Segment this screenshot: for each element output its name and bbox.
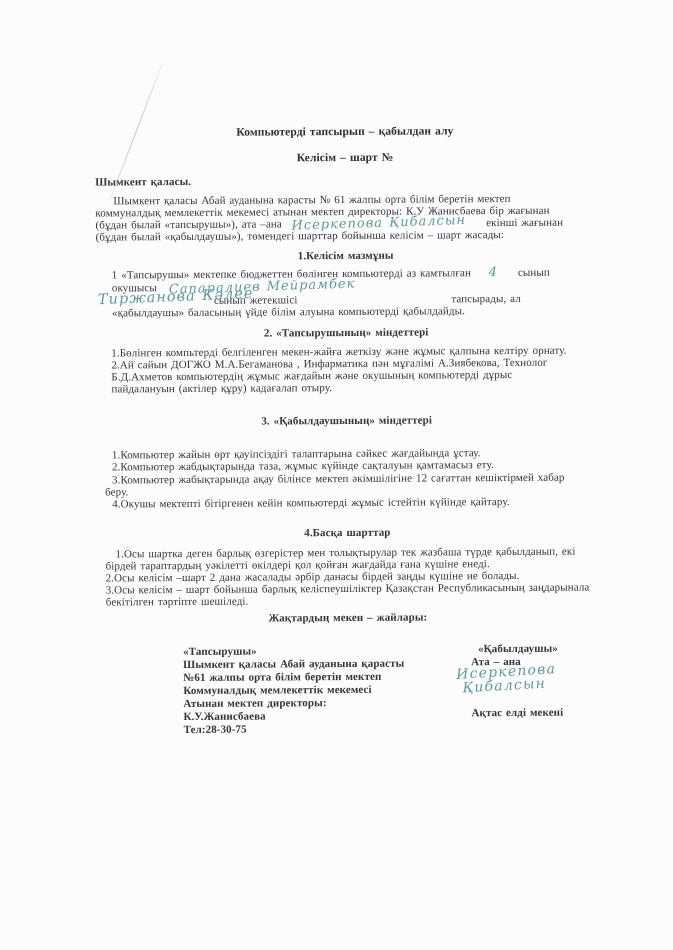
party-right-title: «Қабылдаушы» (478, 640, 673, 655)
contract-number-title: Келісім – шарт № (95, 150, 595, 165)
document-title: Компьютерді тапсырып – қабылдан алу (95, 124, 595, 139)
party-left-phone: Тел:28-30-75 (184, 721, 673, 737)
intro-line-3-post: екінші жағынан (486, 217, 563, 229)
handwritten-signature-line-2: Қибалсын (462, 677, 673, 693)
handwritten-grade-number: 4 (489, 265, 498, 280)
handwritten-signature-line-1: Исеркепова (456, 663, 673, 679)
section-4-heading: 4.Басқа шарттар (97, 525, 597, 540)
section-3-heading: 3. «Қабылдаушының» міндеттері (97, 413, 597, 428)
section-1-line-3-post: тапсырады, ал (451, 293, 521, 305)
section-1-line-1-post: сынып (518, 267, 550, 279)
scanned-contract-page: Компьютерді тапсырып – қабылдан алу Келі… (0, 0, 673, 950)
section-4-line-5: бекітілген тәртіпте шешіледі. (106, 593, 606, 608)
intro-line-4: (бұдан былай «қабылдаушы»), төмендегі ша… (96, 228, 596, 243)
section-1-heading: 1.Келісім мазмұны (96, 248, 596, 263)
party-right-address: Ақтас елді мекені (471, 704, 673, 719)
city-line: Шымкент қаласы. (95, 173, 595, 188)
section-1-line-4: «қабылдаушы» баласының үйде білім алуына… (112, 304, 612, 319)
intro-line-3-pre: (бұдан былай «тапсырушы»), ата –ана (95, 218, 281, 231)
document-content: Компьютерді тапсырып – қабылдан алу Келі… (94, 0, 600, 950)
section-3-line-5: 4.Окушы мектепті бітіргенен кейін компью… (112, 495, 612, 510)
section-2-heading: 2. «Тапсырушының» міндеттері (96, 325, 596, 340)
section-2-line-4: пайдалануын (актілер құру) кадағалап оты… (111, 380, 611, 395)
footer-heading: Жақтардың мекен – жайлары: (98, 610, 598, 625)
